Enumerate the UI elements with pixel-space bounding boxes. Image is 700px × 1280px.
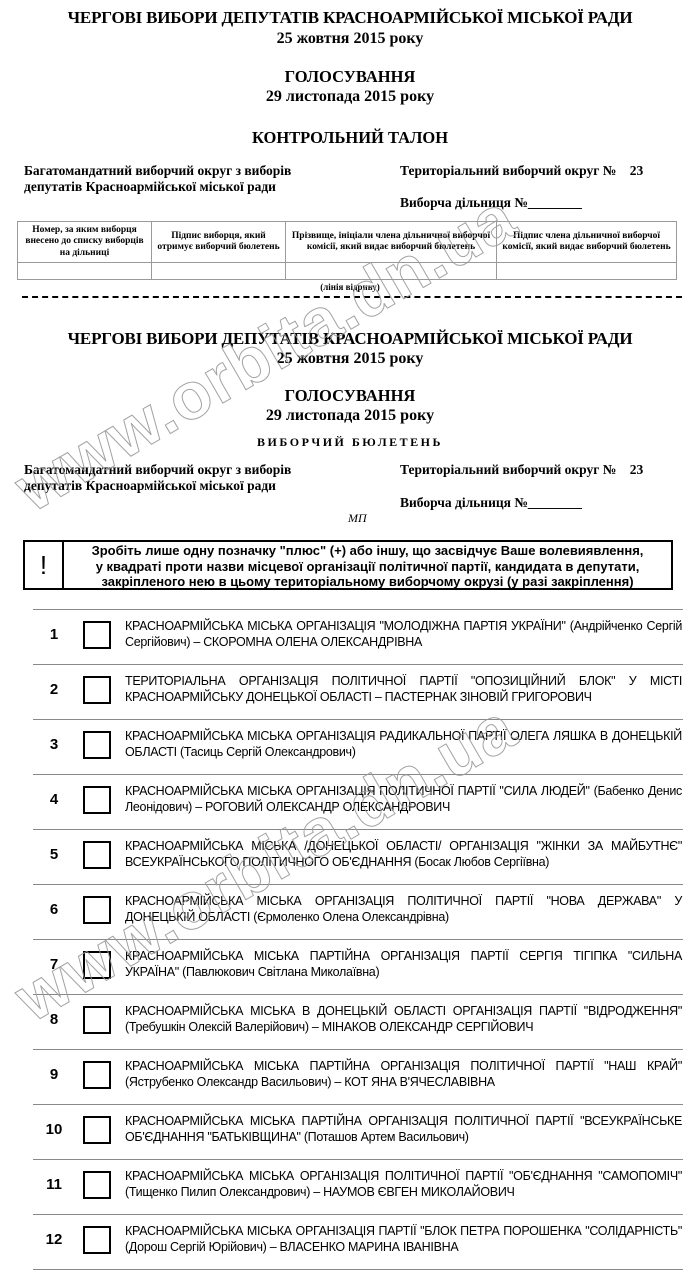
stub-election-title: ЧЕРГОВІ ВИБОРИ ДЕПУТАТІВ КРАСНОАРМІЙСЬКО… (0, 8, 700, 28)
candidate-number: 5 (36, 846, 72, 863)
candidate-name: КРАСНОАРМІЙСЬКА МІСЬКА ОРГАНІЗАЦІЯ ПАРТІ… (125, 1223, 682, 1255)
candidate-row: 1КРАСНОАРМІЙСЬКА МІСЬКА ОРГАНІЗАЦІЯ "МОЛ… (0, 609, 700, 663)
candidate-number: 9 (36, 1066, 72, 1083)
ballot-territorial-district: Територіальний виборчий округ № 23 (400, 462, 643, 478)
candidate-number: 12 (36, 1231, 72, 1248)
stub-district-line1: Багатомандатний виборчий округ з виборів (24, 163, 291, 179)
candidate-row: 7КРАСНОАРМІЙСЬКА МІСЬКА ПАРТІЙНА ОРГАНІЗ… (0, 939, 700, 993)
instructions-line-1: Зробіть лише одну позначку "плюс" (+) аб… (64, 543, 671, 559)
stub-district-line2: депутатів Красноармійської міської ради (24, 179, 291, 195)
voting-instructions-text: Зробіть лише одну позначку "плюс" (+) аб… (64, 542, 671, 588)
candidate-name: КРАСНОАРМІЙСЬКА МІСЬКА ПАРТІЙНА ОРГАНІЗА… (125, 948, 682, 980)
vote-checkbox[interactable] (83, 676, 111, 704)
candidate-name: КРАСНОАРМІЙСЬКА МІСЬКА В ДОНЕЦЬКІЙ ОБЛАС… (125, 1003, 682, 1035)
candidate-number: 10 (36, 1121, 72, 1138)
vote-checkbox[interactable] (83, 786, 111, 814)
ballot-district-line2: депутатів Красноармійської міської ради (24, 478, 291, 494)
stub-col-voter-signature: Підпис виборця, який отримує виборчий бю… (152, 222, 286, 263)
candidate-row: 3КРАСНОАРМІЙСЬКА МІСЬКА ОРГАНІЗАЦІЯ РАДИ… (0, 719, 700, 773)
vote-checkbox[interactable] (83, 841, 111, 869)
candidate-row: 11КРАСНОАРМІЙСЬКА МІСЬКА ОРГАНІЗАЦІЯ ПОЛ… (0, 1159, 700, 1213)
candidate-row: 12КРАСНОАРМІЙСЬКА МІСЬКА ОРГАНІЗАЦІЯ ПАР… (0, 1214, 700, 1268)
exclamation-icon: ! (25, 542, 64, 588)
candidate-row: 8КРАСНОАРМІЙСЬКА МІСЬКА В ДОНЕЦЬКІЙ ОБЛА… (0, 994, 700, 1048)
vote-checkbox[interactable] (83, 896, 111, 924)
stub-commission-member-signature-cell[interactable] (497, 263, 677, 280)
stub-heading: КОНТРОЛЬНИЙ ТАЛОН (0, 128, 700, 148)
candidate-number: 7 (36, 956, 72, 973)
vote-checkbox[interactable] (83, 1226, 111, 1254)
stub-voter-signature-cell[interactable] (152, 263, 286, 280)
stub-precinct: Виборча дільниця №________ (400, 195, 582, 211)
ballot-election-date: 25 жовтня 2015 року (0, 350, 700, 368)
vote-checkbox[interactable] (83, 951, 111, 979)
candidate-name: КРАСНОАРМІЙСЬКА МІСЬКА ПАРТІЙНА ОРГАНІЗА… (125, 1113, 682, 1145)
candidate-number: 2 (36, 681, 72, 698)
instructions-line-3: закріпленого нею в цьому територіальному… (64, 574, 671, 590)
vote-checkbox[interactable] (83, 1116, 111, 1144)
stub-col-commission-member-signature: Підпис члена дільничної виборчої комісії… (497, 222, 677, 263)
candidate-name: КРАСНОАРМІЙСЬКА МІСЬКА ОРГАНІЗАЦІЯ ПОЛІТ… (125, 893, 682, 925)
ballot-district-line1: Багатомандатний виборчий округ з виборів (24, 462, 291, 478)
candidate-number: 3 (36, 736, 72, 753)
candidate-row: 5КРАСНОАРМІЙСЬКА МІСЬКА /ДОНЕЦЬКОЇ ОБЛАС… (0, 829, 700, 883)
tear-line-label: (лінія відриву) (0, 282, 700, 292)
candidate-name: КРАСНОАРМІЙСЬКА МІСЬКА ПАРТІЙНА ОРГАНІЗА… (125, 1058, 682, 1090)
candidate-name: КРАСНОАРМІЙСЬКА МІСЬКА ОРГАНІЗАЦІЯ РАДИК… (125, 728, 682, 760)
ballot-voting-date: 29 листопада 2015 року (0, 407, 700, 425)
ballot-precinct: Виборча дільниця №________ (400, 495, 582, 511)
ballot-voting-label: ГОЛОСУВАННЯ (0, 386, 700, 406)
stub-voter-number-cell[interactable] (18, 263, 152, 280)
candidate-name: КРАСНОАРМІЙСЬКА МІСЬКА ОРГАНІЗАЦІЯ "МОЛО… (125, 618, 682, 650)
ballot-district: Багатомандатний виборчий округ з виборів… (24, 462, 291, 494)
vote-checkbox[interactable] (83, 1006, 111, 1034)
vote-checkbox[interactable] (83, 731, 111, 759)
vote-checkbox[interactable] (83, 1061, 111, 1089)
stub-commission-member-name-cell[interactable] (286, 263, 497, 280)
candidate-name: ТЕРИТОРІАЛЬНА ОРГАНІЗАЦІЯ ПОЛІТИЧНОЇ ПАР… (125, 673, 682, 705)
candidate-row: 2ТЕРИТОРІАЛЬНА ОРГАНІЗАЦІЯ ПОЛІТИЧНОЇ ПА… (0, 664, 700, 718)
candidate-number: 11 (36, 1176, 72, 1193)
ballot-heading: ВИБОРЧИЙ БЮЛЕТЕНЬ (0, 435, 700, 450)
candidate-row: 4КРАСНОАРМІЙСЬКА МІСЬКА ОРГАНІЗАЦІЯ ПОЛІ… (0, 774, 700, 828)
tear-line (22, 296, 682, 298)
stub-territorial-label: Територіальний виборчий округ № (400, 163, 616, 178)
stub-district: Багатомандатний виборчий округ з виборів… (24, 163, 291, 195)
stub-election-date: 25 жовтня 2015 року (0, 30, 700, 48)
stub-col-voter-number: Номер, за яким виборця внесено до списку… (18, 222, 152, 263)
candidate-number: 8 (36, 1011, 72, 1028)
candidate-name: КРАСНОАРМІЙСЬКА МІСЬКА ОРГАНІЗАЦІЯ ПОЛІТ… (125, 783, 682, 815)
stub-table-header-row: Номер, за яким виборця внесено до списку… (18, 222, 677, 263)
vote-checkbox[interactable] (83, 1171, 111, 1199)
voting-instructions-box: ! Зробіть лише одну позначку "плюс" (+) … (23, 540, 673, 590)
ballot-election-title: ЧЕРГОВІ ВИБОРИ ДЕПУТАТІВ КРАСНОАРМІЙСЬКО… (0, 329, 700, 349)
candidate-row: 9КРАСНОАРМІЙСЬКА МІСЬКА ПАРТІЙНА ОРГАНІЗ… (0, 1049, 700, 1103)
candidate-number: 4 (36, 791, 72, 808)
candidate-row: 6КРАСНОАРМІЙСЬКА МІСЬКА ОРГАНІЗАЦІЯ ПОЛІ… (0, 884, 700, 938)
stub-voting-date: 29 листопада 2015 року (0, 88, 700, 106)
ballot-territorial-label: Територіальний виборчий округ № (400, 462, 616, 477)
ballot-territorial-number: 23 (630, 462, 644, 477)
candidate-divider (33, 1269, 683, 1270)
instructions-line-2: у квадраті проти назви місцевої організа… (64, 559, 671, 575)
vote-checkbox[interactable] (83, 621, 111, 649)
candidate-name: КРАСНОАРМІЙСЬКА МІСЬКА /ДОНЕЦЬКОЇ ОБЛАСТ… (125, 838, 682, 870)
stub-voting-label: ГОЛОСУВАННЯ (0, 67, 700, 87)
candidate-number: 6 (36, 901, 72, 918)
stub-col-commission-member-name: Прізвище, ініціали члена дільничної вибо… (286, 222, 497, 263)
candidate-row: 10КРАСНОАРМІЙСЬКА МІСЬКА ПАРТІЙНА ОРГАНІ… (0, 1104, 700, 1158)
candidate-number: 1 (36, 626, 72, 643)
stub-territorial-district: Територіальний виборчий округ № 23 (400, 163, 643, 179)
stub-signature-table: Номер, за яким виборця внесено до списку… (17, 221, 677, 280)
stub-territorial-number: 23 (630, 163, 644, 178)
candidate-name: КРАСНОАРМІЙСЬКА МІСЬКА ОРГАНІЗАЦІЯ ПОЛІТ… (125, 1168, 682, 1200)
stub-table-entry-row (18, 263, 677, 280)
stamp-place-label: МП (348, 511, 367, 526)
